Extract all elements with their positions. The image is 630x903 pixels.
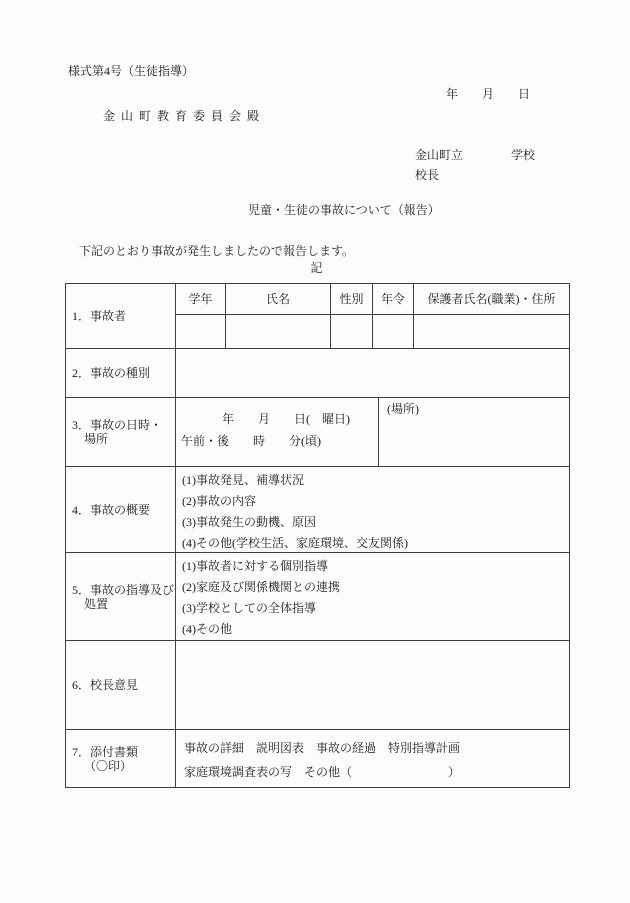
row-label-attachments: 7．添付書類 （〇印） (66, 730, 176, 787)
victim-header-row: 学年 氏名 性別 年令 保護者氏名(職業)・住所 (176, 284, 569, 315)
ki-label: 記 (65, 261, 568, 275)
summary-item: (3)事故発生の動機、原因 (182, 512, 569, 533)
guidance-item: (4)その他 (182, 619, 569, 640)
place-entry-cell: (場所) (379, 398, 569, 466)
row-label-summary: 4．事故の概要 (66, 467, 176, 552)
table-row-attachments: 7．添付書類 （〇印） 事故の詳細 説明図表 事故の経過 特別指導計画 家庭環境… (66, 729, 569, 787)
entry-guardian (414, 315, 569, 348)
datetime-entry-cell: 年 月 日( 曜日) 午前・後 時 分(頃) (176, 398, 379, 466)
row-label-guidance: 5．事故の指導及び 処置 (66, 553, 176, 640)
guidance-item: (2)家庭及び関係機関との連携 (182, 577, 569, 598)
header-sex: 性別 (331, 284, 373, 314)
table-row-guidance: 5．事故の指導及び 処置 (1)事故者に対する個別指導 (2)家庭及び関係機関と… (66, 552, 569, 640)
attachments-line: 家庭環境調査表の写 その他（ ） (184, 760, 569, 784)
summary-item: (1)事故発見、補導状況 (182, 470, 569, 491)
guidance-item: (3)学校としての全体指導 (182, 598, 569, 619)
date-line: 年 月 日 (446, 87, 530, 101)
report-form-page: 様式第4号（生徒指導） 年 月 日 金山町教育委員会殿 金山町立 学校 校長 児… (0, 0, 630, 903)
entry-sex (331, 315, 373, 348)
summary-items: (1)事故発見、補導状況 (2)事故の内容 (3)事故発生の動機、原因 (4)そ… (176, 467, 569, 552)
header-guardian: 保護者氏名(職業)・住所 (414, 284, 569, 314)
entry-name (226, 315, 331, 348)
table-row-datetime-place: 3．事故の日時・ 場所 年 月 日( 曜日) 午前・後 時 分(頃) (場所) (66, 397, 569, 466)
form-number: 様式第4号（生徒指導） (68, 64, 194, 78)
attachments-line: 事故の詳細 説明図表 事故の経過 特別指導計画 (184, 736, 569, 760)
table-row-victim: 1．事故者 学年 氏名 性別 年令 保護者氏名(職業)・住所 (66, 284, 569, 348)
table-row-principal-opinion: 6．校長意見 (66, 640, 569, 729)
row-label-type: 2．事故の種別 (66, 349, 176, 397)
entry-age (373, 315, 414, 348)
header-grade: 学年 (176, 284, 226, 314)
table-row-type: 2．事故の種別 (66, 348, 569, 397)
table-row-summary: 4．事故の概要 (1)事故発見、補導状況 (2)事故の内容 (3)事故発生の動機… (66, 466, 569, 552)
type-entry-cell (176, 349, 569, 397)
entry-grade (176, 315, 226, 348)
victim-entry-row (176, 315, 569, 348)
attachments-list: 事故の詳細 説明図表 事故の経過 特別指導計画 家庭環境調査表の写 その他（ ） (176, 730, 569, 787)
header-name: 氏名 (226, 284, 331, 314)
guidance-item: (1)事故者に対する個別指導 (182, 556, 569, 577)
guidance-items: (1)事故者に対する個別指導 (2)家庭及び関係機関との連携 (3)学校としての… (176, 553, 569, 640)
row-label-principal-opinion: 6．校長意見 (66, 641, 176, 729)
page-title: 児童・生徒の事故について（報告） (248, 203, 440, 217)
addressee-line: 金山町教育委員会殿 (103, 109, 265, 123)
header-age: 年令 (373, 284, 414, 314)
row-label-datetime: 3．事故の日時・ 場所 (66, 398, 176, 466)
incident-table: 1．事故者 学年 氏名 性別 年令 保護者氏名(職業)・住所 (65, 283, 570, 788)
summary-item: (2)事故の内容 (182, 491, 569, 512)
school-name-line: 金山町立 学校 (415, 148, 535, 162)
row-label-victim: 1．事故者 (66, 284, 176, 348)
summary-item: (4)その他(学校生活、家庭環境、交友関係) (182, 533, 569, 554)
intro-text: 下記のとおり事故が発生しましたので報告します。 (79, 244, 354, 258)
principal-line: 校長 (415, 168, 439, 182)
principal-opinion-entry-cell (176, 641, 569, 729)
